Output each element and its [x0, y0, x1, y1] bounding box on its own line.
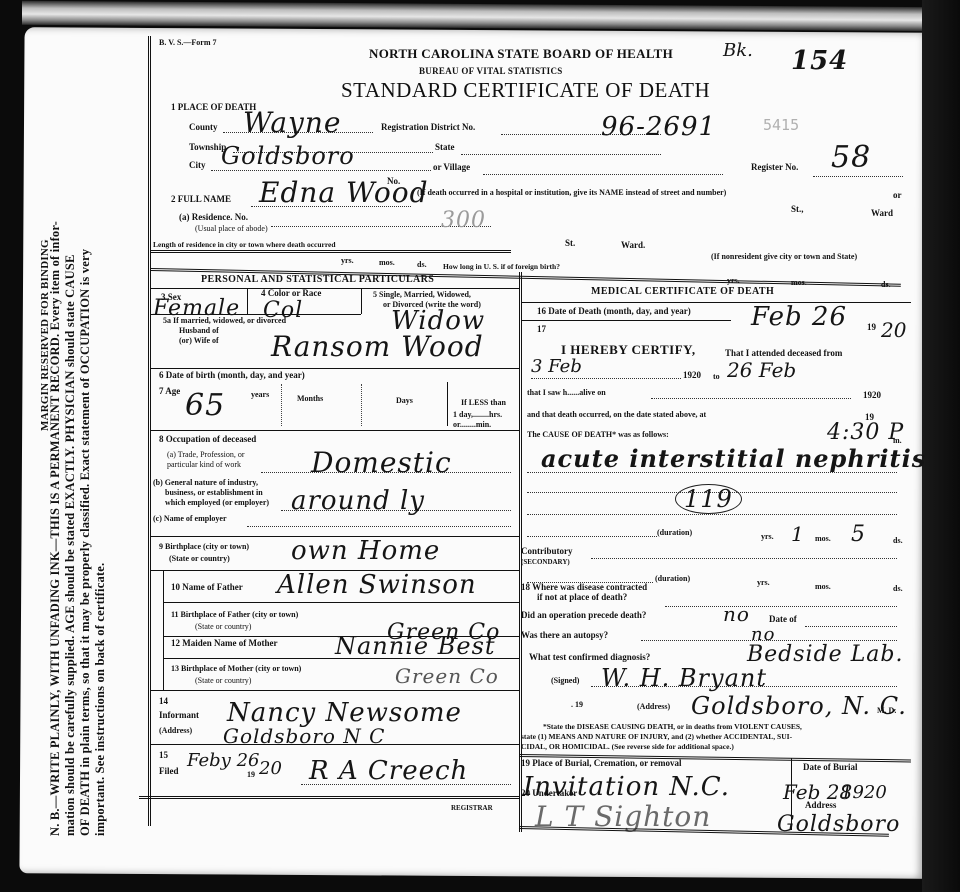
spouse-label-b: Husband of — [179, 326, 219, 335]
length-mos-label: mos. — [379, 258, 395, 267]
filed-label: Filed — [159, 766, 179, 776]
burial-year-value: 1920 — [841, 782, 887, 803]
registration-district-label: Registration District No. — [381, 122, 475, 132]
duration-label: (duration) — [657, 528, 692, 537]
industry-label-c: which employed (or employer) — [165, 498, 269, 507]
registrar-signature: R A Creech — [309, 756, 468, 786]
trade-label-a: (a) Trade, Profession, or — [167, 450, 245, 459]
age-value: 65 — [185, 388, 225, 423]
death-certificate-form: B. V. S.—Form 7 NORTH CAROLINA STATE BOA… — [148, 36, 911, 826]
county-value: Wayne — [243, 106, 341, 139]
attended-from-value: 3 Feb — [531, 356, 582, 377]
register-no-value: 58 — [831, 140, 871, 175]
city-label: City — [189, 160, 206, 170]
ward-label: Ward — [871, 208, 893, 218]
father-birthplace-label-b: (State or country) — [195, 622, 251, 631]
length-ds-label: ds. — [417, 260, 427, 269]
residence-sublabel: (Usual place of abode) — [195, 224, 268, 233]
village-label: or Village — [433, 162, 470, 172]
cause-code: 119 — [675, 484, 742, 514]
operation-label: Did an operation precede death? — [521, 610, 646, 620]
item-17-label: 17 — [537, 324, 546, 334]
saw-alive-label: that I saw h......alive on — [527, 388, 606, 397]
informant-number: 14 — [159, 696, 168, 706]
spouse-label-c: (or) Wife of — [179, 336, 219, 345]
secondary-label: (SECONDARY) — [521, 558, 570, 566]
burial-place-label: 19 Place of Burial, Cremation, or remova… — [521, 758, 681, 768]
undertaker-label: 20 Undertaker — [521, 788, 577, 798]
residence-ward-label: Ward. — [621, 240, 645, 250]
trade-label-b: particular kind of work — [167, 460, 241, 469]
duration-yrs-value: 1 — [791, 522, 805, 546]
secondary-duration-label: (duration) — [655, 574, 690, 583]
footnote-line-1: *State the DISEASE CAUSING DEATH, or in … — [543, 722, 802, 731]
margin-note-line-3: OF DEATH in plain terms, so that it may … — [78, 249, 93, 836]
less-than-label-a: If LESS than — [461, 398, 506, 407]
filed-year-value: 20 — [259, 758, 282, 779]
page-annotation: 154 — [791, 46, 848, 76]
margin-note-line-4: important. See instructions on back of c… — [93, 563, 108, 836]
nonresident-note: (If nonresident give city or town and St… — [711, 252, 857, 261]
mother-birthplace-value: Green Co — [395, 664, 499, 688]
margin-note-line-2: mation should be carefully supplied. AGE… — [63, 254, 78, 836]
mother-birthplace-label-a: 13 Birthplace of Mother (city or town) — [171, 664, 301, 673]
spouse-value: Ransom Wood — [271, 330, 484, 363]
residence-number-value: 300 — [441, 208, 486, 233]
margin-note-line-1: N. B.—WRITE PLAINLY, WITH UNFADING INK—T… — [48, 221, 63, 836]
marital-label-a: 5 Single, Married, Widowed, — [373, 290, 471, 299]
secondary-ds-label: ds. — [893, 584, 903, 593]
attended-from-year: 1920 — [683, 370, 701, 380]
county-label: County — [189, 122, 218, 132]
book-spine-shadow — [922, 0, 960, 892]
physician-signature: W. H. Bryant — [601, 664, 767, 692]
mother-name-value: Nannie Best — [335, 632, 496, 660]
signed-year-label: . 19 — [571, 700, 583, 709]
attended-to-label: to — [713, 372, 720, 381]
st-label: St., — [791, 204, 804, 214]
birthplace-value: own Home — [291, 536, 440, 566]
footnote-line-3: CIDAL, OR HOMICIDAL. (See reverse side f… — [521, 742, 734, 751]
age-label: 7 Age — [159, 386, 180, 396]
footnote-line-2: state (1) MEANS AND NATURE OF INJURY, an… — [521, 732, 792, 741]
father-birthplace-label-a: 11 Birthplace of Father (city or town) — [171, 610, 298, 619]
margin-instructions: MARGIN RESERVED FOR BINDING N. B.—WRITE … — [28, 36, 132, 846]
date-of-death-value: Feb 26 — [751, 302, 847, 332]
foreign-birth-label: How long in U. S. if of foreign birth? — [443, 262, 560, 271]
duration-mos-value: 5 — [851, 522, 866, 547]
bureau-title: BUREAU OF VITAL STATISTICS — [419, 66, 563, 76]
father-name-value: Allen Swinson — [277, 570, 477, 600]
form-id: B. V. S.—Form 7 — [159, 38, 217, 47]
cause-of-death-value: acute interstitial nephritis — [541, 444, 926, 473]
contributory-label: Contributory — [521, 546, 573, 556]
md-label: M. D. — [877, 706, 896, 715]
mother-birthplace-label-b: (State or country) — [195, 676, 251, 685]
operation-date-label: Date of — [769, 614, 797, 624]
item-18-label-b: if not at place of death? — [537, 592, 627, 602]
physician-address-value: Goldsboro, N. C. — [691, 692, 907, 720]
trade-value: Domestic — [311, 446, 452, 479]
registrar-label: REGISTRAR — [451, 804, 493, 812]
state-label: State — [435, 142, 455, 152]
father-name-label: 10 Name of Father — [171, 582, 243, 592]
city-value: Goldsboro — [221, 142, 355, 170]
or-label: or — [893, 190, 902, 200]
length-residence-label: Length of residence in city or town wher… — [153, 240, 336, 249]
hospital-note: (If death occurred in a hospital or inst… — [417, 188, 726, 197]
race-label: 4 Color or Race — [261, 288, 321, 298]
undertaker-address-label: Address — [805, 800, 836, 810]
burial-date-label: Date of Burial — [803, 762, 858, 772]
birthplace-label-b: (State or country) — [169, 554, 230, 563]
autopsy-label: Was there an autopsy? — [521, 630, 608, 640]
saw-alive-year: 1920 — [863, 390, 881, 400]
secondary-mos-label: mos. — [815, 582, 831, 591]
signed-label: (Signed) — [551, 676, 579, 685]
physician-address-label: (Address) — [637, 702, 670, 711]
months-label: Months — [297, 394, 323, 403]
death-occurred-label: and that death occurred, on the date sta… — [527, 410, 706, 419]
years-label: years — [251, 390, 269, 399]
date-of-death-label: 16 Date of Death (month, day, and year) — [537, 306, 691, 316]
dod-year-prefix: 19 — [867, 322, 876, 332]
less-than-label-c: or........min. — [453, 420, 491, 429]
page-stack-edge — [22, 1, 940, 31]
length-yrs-label: yrs. — [341, 256, 354, 265]
residence-label: (a) Residence. No. — [179, 212, 248, 222]
filed-year-prefix: 19 — [247, 770, 255, 779]
medical-section-title: MEDICAL CERTIFICATE OF DEATH — [591, 286, 774, 297]
filed-number: 15 — [159, 750, 168, 760]
dod-year-value: 20 — [881, 318, 906, 342]
secondary-yrs-label: yrs. — [757, 578, 770, 587]
less-than-label-b: 1 day,........hrs. — [453, 410, 502, 419]
register-no-label: Register No. — [751, 162, 798, 172]
mother-name-label: 12 Maiden Name of Mother — [171, 638, 277, 648]
days-label: Days — [396, 396, 413, 405]
industry-label-a: (b) General nature of industry, — [153, 478, 258, 487]
item-18-label-a: 18 Where was disease contracted — [521, 582, 647, 592]
duration-mos-label: mos. — [815, 534, 831, 543]
occupation-label: 8 Occupation of deceased — [159, 434, 256, 444]
residence-st-label: St. — [565, 238, 575, 248]
industry-label-b: business, or establishment in — [165, 488, 263, 497]
test-confirmed-label: What test confirmed diagnosis? — [529, 652, 650, 662]
cause-of-death-label: The CAUSE OF DEATH* was as follows: — [527, 430, 669, 439]
industry-value: around ly — [291, 486, 425, 516]
duration-yrs-label: yrs. — [761, 532, 774, 541]
registration-district-value: 96-2691 — [601, 112, 716, 142]
full-name-value: Edna Wood — [259, 176, 429, 209]
full-name-label: 2 FULL NAME — [171, 194, 231, 204]
informant-address-label: (Address) — [159, 726, 192, 735]
attended-to-value: 26 Feb — [727, 358, 796, 382]
personal-section-title: PERSONAL AND STATISTICAL PARTICULARS — [201, 274, 434, 285]
agency-title: NORTH CAROLINA STATE BOARD OF HEALTH — [369, 46, 673, 62]
certificate-title: STANDARD CERTIFICATE OF DEATH — [341, 78, 710, 103]
filed-date-value: Feby 26 — [187, 750, 259, 771]
birthplace-label-a: 9 Birthplace (city or town) — [159, 542, 249, 551]
spouse-label-a: 5a If married, widowed, or divorced — [163, 316, 286, 325]
book-annotation: Bk. — [723, 40, 753, 61]
certify-text: That I attended deceased from — [725, 348, 842, 358]
employer-label: (c) Name of employer — [153, 514, 227, 523]
test-confirmed-value: Bedside Lab. — [747, 642, 904, 667]
stamp-number: 5415 — [763, 116, 799, 134]
operation-value: no — [723, 602, 750, 626]
duration-ds-label: ds. — [893, 536, 903, 545]
informant-label: Informant — [159, 710, 199, 720]
dob-label: 6 Date of birth (month, day, and year) — [159, 370, 305, 380]
